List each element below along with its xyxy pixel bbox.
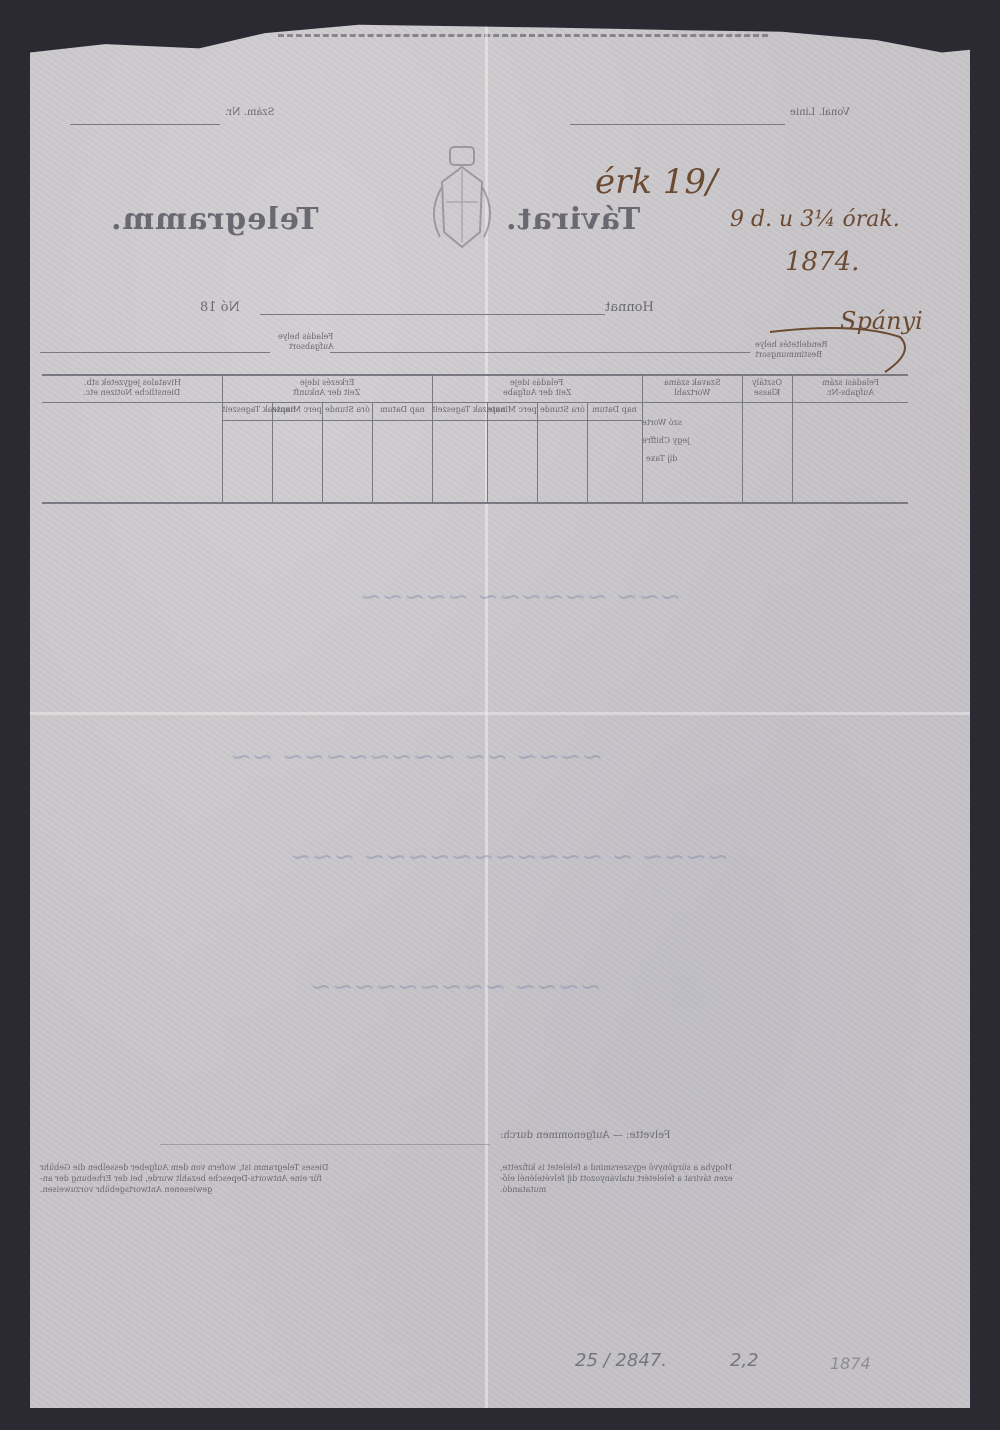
sub-napszak: napszak Tageszeit	[222, 405, 272, 414]
rendeltetes-line	[330, 352, 750, 353]
sub-napszak-2: napszak Tageszeit	[432, 405, 487, 414]
title-tavirat: Távirat.	[505, 202, 640, 237]
sub-perc: perc Minute	[272, 405, 322, 414]
handwriting-time: 9 d. u 3¼ órak.	[730, 207, 900, 232]
notice-hungarian: Hogyha a sürgönyvő egyszersmind a felele…	[500, 1162, 733, 1195]
telegram-table: Hivatalos jegyzetek stb. Dienstliche Not…	[42, 374, 908, 504]
fold-line-horizontal	[30, 712, 970, 715]
title-telegramm: Telegramm.	[110, 202, 319, 237]
bleed-through-handwriting: ~~~~ ~~ ~~~~~~~~ ~~	[230, 742, 603, 772]
feladas-line	[40, 352, 270, 353]
header-osztaly: Osztály Klasse	[742, 378, 792, 398]
header-feladasi-szam: Feladási szám Aufgabs-Nr.	[792, 378, 908, 398]
archive-ref: 25 / 2847.	[575, 1350, 667, 1371]
archive-year: 1874	[830, 1354, 871, 1373]
sub-szo-jegy-dij: szó Worte jegy Chiffre díj Taxe	[642, 414, 682, 468]
bleed-through-handwriting: ~~~ ~~~~~~ ~~~~~	[360, 582, 682, 612]
handwriting-erk: érk 19/	[595, 162, 718, 202]
handwriting-year: 1874.	[785, 247, 859, 277]
sub-perc-2: perc Minute	[487, 405, 537, 414]
szam-line	[70, 124, 220, 125]
bleed-through-handwriting: ~~~~ ~ ~~~~~~~~~~~ ~~~	[290, 842, 729, 872]
honnat-label: Honnat	[605, 300, 654, 315]
sub-nap-2: nap Datum	[587, 405, 642, 414]
header-szavak: Szavak száma Wortzahl	[642, 378, 742, 398]
vonal-line	[570, 124, 785, 125]
number-line	[260, 314, 605, 315]
coat-of-arms-icon	[422, 142, 502, 272]
header-hivatalos: Hivatalos jegyzetek stb. Dienstliche Not…	[42, 378, 222, 398]
felvette-line	[160, 1144, 490, 1145]
szam-label: Szám. Nr.	[225, 107, 275, 118]
sub-nap: nap Datum	[372, 405, 432, 414]
signature-flourish-icon	[765, 317, 915, 377]
sub-ora-2: óra Stunde	[537, 405, 587, 414]
bleed-through-handwriting: ~~~~ ~~~~~~~~~	[310, 972, 601, 1002]
header-feladas: Feladás ideje Zeit der Aufgabe	[432, 378, 642, 398]
archive-num: 2,2	[730, 1350, 759, 1371]
telegram-paper: Szám. Nr. Vonal. Linie Telegramm. Távira…	[30, 22, 970, 1408]
vonal-label: Vonal. Linie	[790, 107, 850, 118]
felvette-label: Felvette: — Aufgenommen durch:	[500, 1130, 670, 1141]
notice-german: Dieses Telegramm ist, wofern von dem Auf…	[40, 1162, 328, 1195]
perforation-edge	[278, 34, 768, 41]
header-erkezes: Érkezés ideje Zeit der Ankunft	[222, 378, 432, 398]
number-label: Nó 18	[200, 300, 240, 315]
sub-ora: óra Stunde	[322, 405, 372, 414]
feladas-helye-label: Feladás helye Aufgabsort	[278, 332, 333, 352]
